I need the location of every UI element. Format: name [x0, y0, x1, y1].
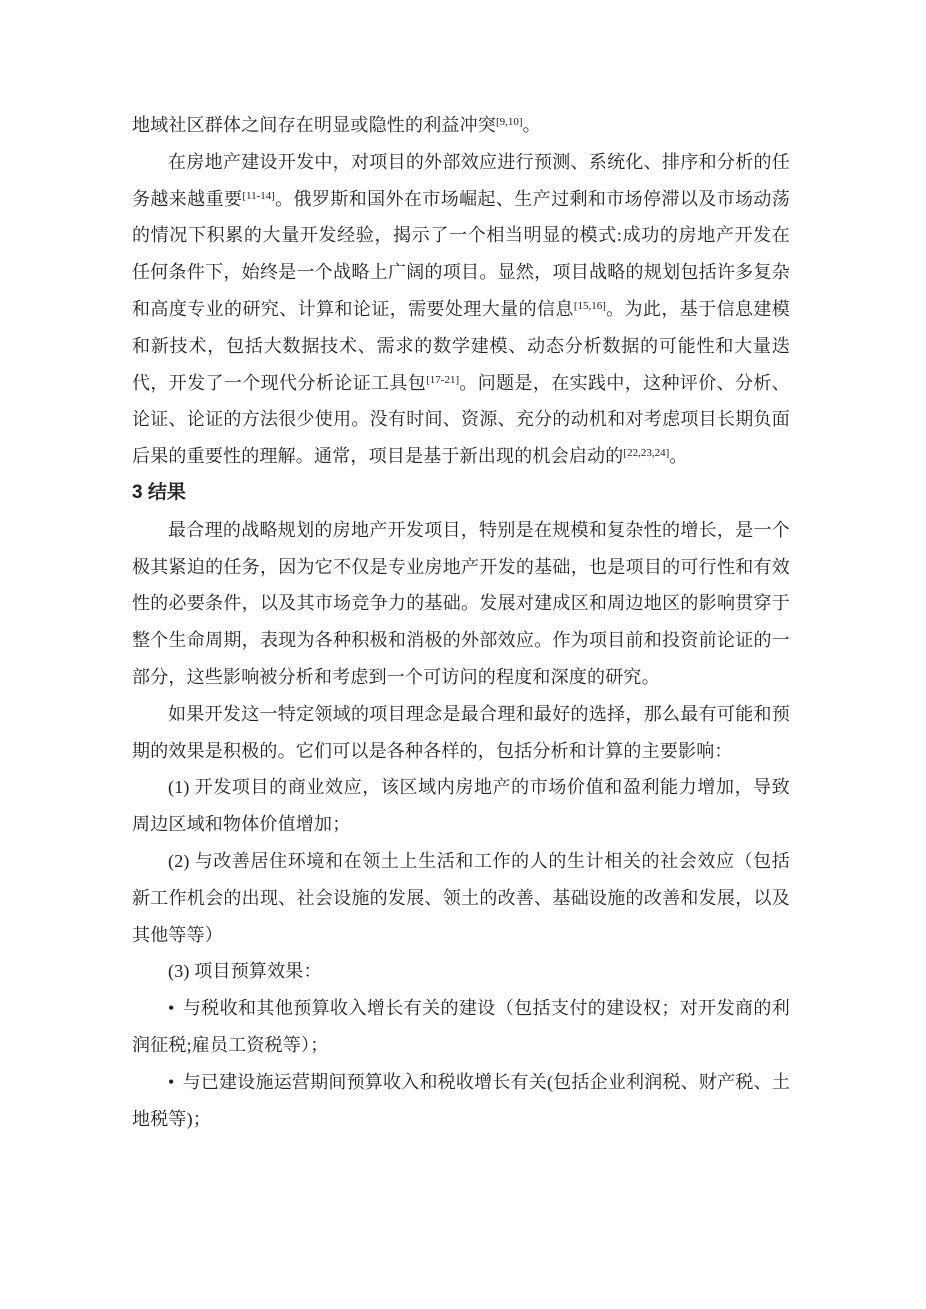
paragraph: (1) 开发项目的商业效应，该区域内房地产的市场价值和盈利能力增加，导致周边区域… — [132, 769, 790, 843]
paragraph: 最合理的战略规划的房地产开发项目，特别是在规模和复杂性的增长，是一个极其紧迫的任… — [132, 512, 790, 696]
citation-ref: [22,23,24] — [623, 447, 669, 459]
text-run: 。 — [523, 115, 541, 135]
document-body: 地域社区群体之间存在明显或隐性的利益冲突[9,10]。在房地产建设开发中，对项目… — [132, 107, 790, 1137]
text-run: (1) 开发项目的商业效应，该区域内房地产的市场价值和盈利能力增加，导致周边区域… — [132, 777, 790, 834]
paragraph: •与已建设施运营期间预算收入和税收增长有关(包括企业利润税、财产税、土地税等)； — [132, 1064, 790, 1138]
text-run: 地域社区群体之间存在明显或隐性的利益冲突 — [132, 115, 496, 135]
text-run: 。 — [669, 446, 687, 466]
paragraph: 在房地产建设开发中，对项目的外部效应进行预测、系统化、排序和分析的任务越来越重要… — [132, 144, 790, 475]
text-run: 3 结果 — [132, 482, 186, 503]
citation-ref: [11-14] — [242, 190, 275, 202]
text-run: 如果开发这一特定领域的项目理念是最合理和最好的选择，那么最有可能和预期的效果是积… — [132, 704, 790, 761]
bullet-icon: • — [168, 998, 175, 1018]
text-run: (2) 与改善居住环境和在领土上生活和工作的人的生计相关的社会效应（包括新工作机… — [132, 851, 790, 945]
section-heading-results: 3 结果 — [132, 475, 790, 512]
paragraph: (3) 项目预算效果： — [132, 953, 790, 990]
citation-ref: [17-21] — [426, 374, 459, 386]
citation-ref: [9,10] — [496, 116, 523, 128]
bullet-icon: • — [168, 1072, 175, 1092]
document-page: { "page": { "background": "#ffffff", "te… — [0, 0, 926, 1309]
paragraph: 如果开发这一特定领域的项目理念是最合理和最好的选择，那么最有可能和预期的效果是积… — [132, 696, 790, 770]
text-run: 与已建设施运营期间预算收入和税收增长有关(包括企业利润税、财产税、土地税等)； — [132, 1072, 790, 1129]
text-run: (3) 项目预算效果： — [168, 961, 322, 981]
text-run: 与税收和其他预算收入增长有关的建设（包括支付的建设权；对开发商的利润征税;雇员工… — [132, 998, 790, 1055]
text-run: 最合理的战略规划的房地产开发项目，特别是在规模和复杂性的增长，是一个极其紧迫的任… — [132, 520, 790, 687]
paragraph: •与税收和其他预算收入增长有关的建设（包括支付的建设权；对开发商的利润征税;雇员… — [132, 990, 790, 1064]
paragraph: 地域社区群体之间存在明显或隐性的利益冲突[9,10]。 — [132, 107, 790, 144]
paragraph: (2) 与改善居住环境和在领土上生活和工作的人的生计相关的社会效应（包括新工作机… — [132, 843, 790, 953]
citation-ref: [15,16] — [574, 300, 606, 312]
